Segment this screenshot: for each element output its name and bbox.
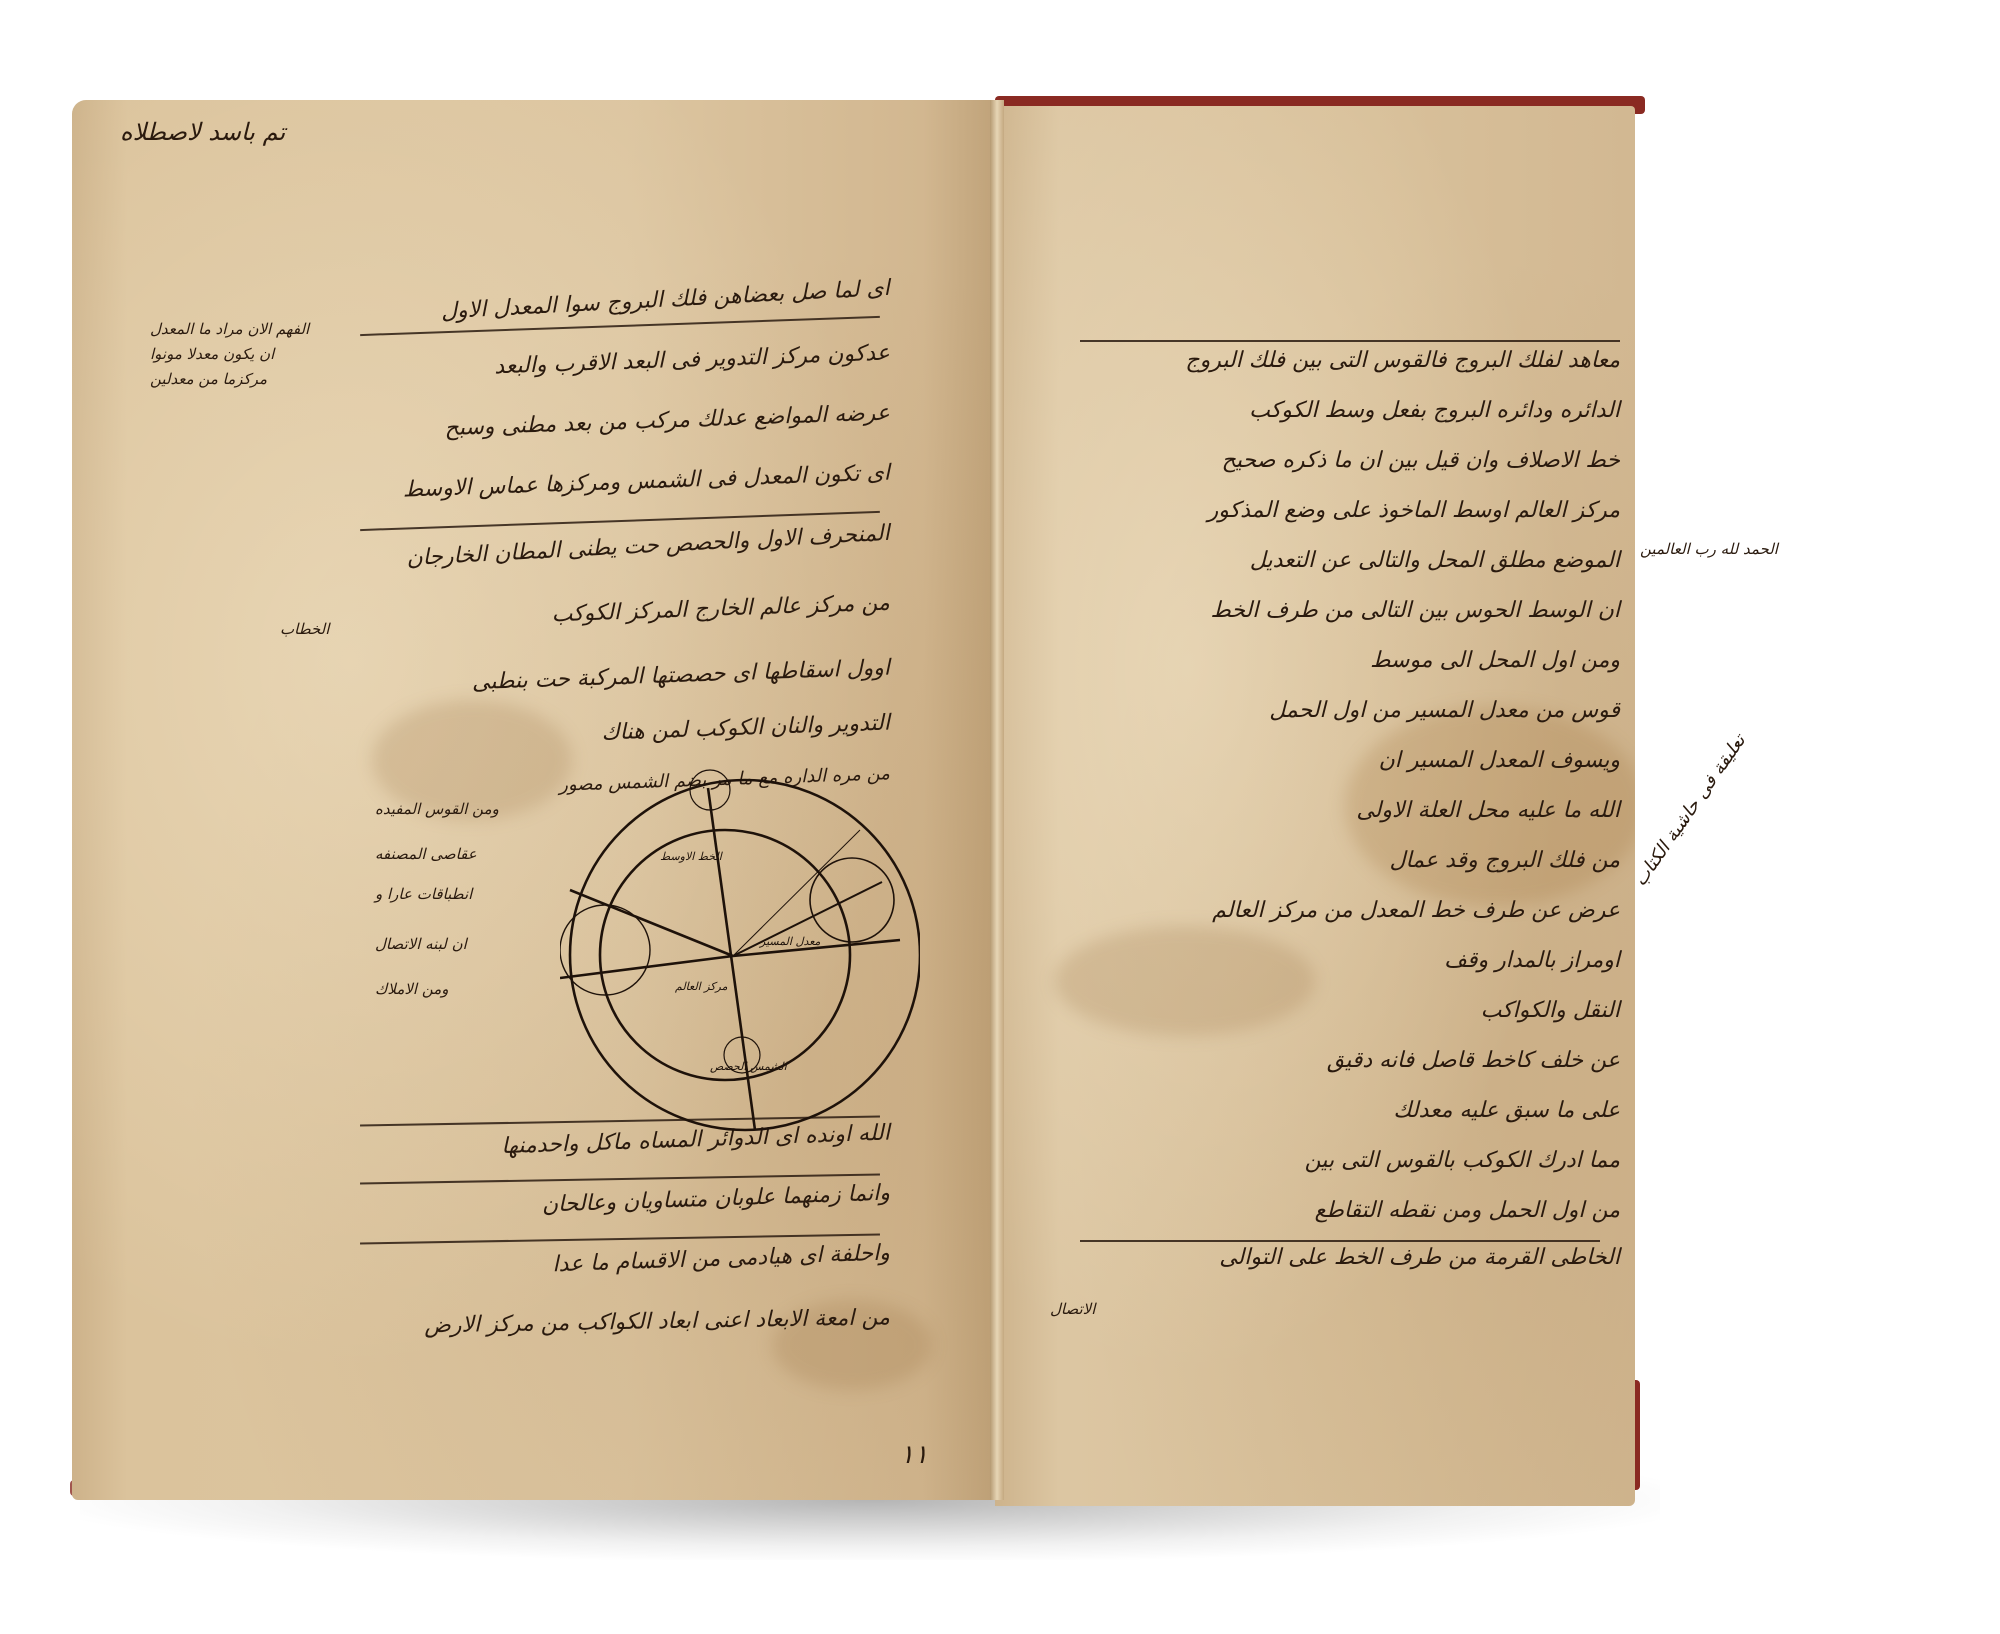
margin-note: الخطاب	[280, 620, 329, 638]
diagram-note: ان لبنه الاتصال	[375, 935, 467, 953]
text-line: مركز العالم اوسط الماخوذ على وضع المذكور	[1080, 498, 1620, 523]
rule-line	[1080, 340, 1620, 342]
text-line: النقل والكواكب	[1080, 998, 1620, 1023]
astronomical-diagram: الخط الاوسط مركز العالم الشمس الحصص معدل…	[560, 760, 920, 1140]
rule-line	[1080, 1240, 1600, 1242]
margin-note: الفهم الان مراد ما المعدل	[150, 320, 309, 338]
margin-note: الحمد لله رب العالمين	[1640, 540, 1778, 558]
margin-note: ان يكون معدلا مونوا	[150, 345, 274, 363]
margin-note: مركزما من معدلين	[150, 370, 267, 388]
diagram-note: عقاصى المصنفه	[375, 845, 477, 863]
diagram-note: ومن القوس المفيده	[375, 800, 499, 818]
text-line: الله ما عليه محل العلة الاولى	[1080, 798, 1620, 823]
text-line: على ما سبق عليه معدلك	[1080, 1098, 1620, 1123]
text-line: مما ادرك الكوكب بالقوس التى بين	[1080, 1148, 1620, 1173]
header-note: تم باسد لاصطلاه	[120, 118, 285, 146]
svg-text:الخط الاوسط: الخط الاوسط	[660, 850, 724, 863]
text-line: قوس من معدل المسير من اول الحمل	[1080, 698, 1620, 723]
text-line: من فلك البروج وقد عمال	[1080, 848, 1620, 873]
text-line: ان الوسط الحوس بين التالى من طرف الخط	[1080, 598, 1620, 623]
folio-number: ١١	[900, 1440, 928, 1470]
text-line: ويسوف المعدل المسير ان	[1080, 748, 1620, 773]
margin-note-diagonal: تعليقة فى حاشية الكتاب	[1630, 731, 1750, 890]
diagram-note: انطباقات عارا و	[375, 885, 472, 903]
svg-text:الشمس الحصص: الشمس الحصص	[710, 1060, 789, 1073]
text-line: من اول الحمل ومن نقطه التقاطع	[1080, 1198, 1620, 1223]
text-line: معاهد لفلك البروج فالقوس التى بين فلك ال…	[1080, 348, 1620, 373]
text-line: الموضع مطلق المحل والتالى عن التعديل	[1080, 548, 1620, 573]
text-line: الدائره ودائره البروج بفعل وسط الكوكب	[1080, 398, 1620, 423]
text-line: خط الاصلاف وان قيل بين ان ما ذكره صحيح	[1080, 448, 1620, 473]
text-line: اومراز بالمدار وقف	[1080, 948, 1620, 973]
diagram-note: ومن الاملاك	[375, 980, 449, 998]
text-line: عرض عن طرف خط المعدل من مركز العالم	[1080, 898, 1620, 923]
text-line: ومن اول المحل الى موسط	[1080, 648, 1620, 673]
text-line: الخاطى القرمة من طرف الخط على التوالى	[1080, 1245, 1620, 1270]
svg-text:مركز العالم: مركز العالم	[675, 980, 728, 993]
book-gutter	[990, 100, 1004, 1500]
footer-note: الاتصال	[1050, 1300, 1095, 1318]
text-line: عن خلف كاخط قاصل فانه دقيق	[1080, 1048, 1620, 1073]
svg-text:معدل المسير: معدل المسير	[758, 935, 821, 948]
